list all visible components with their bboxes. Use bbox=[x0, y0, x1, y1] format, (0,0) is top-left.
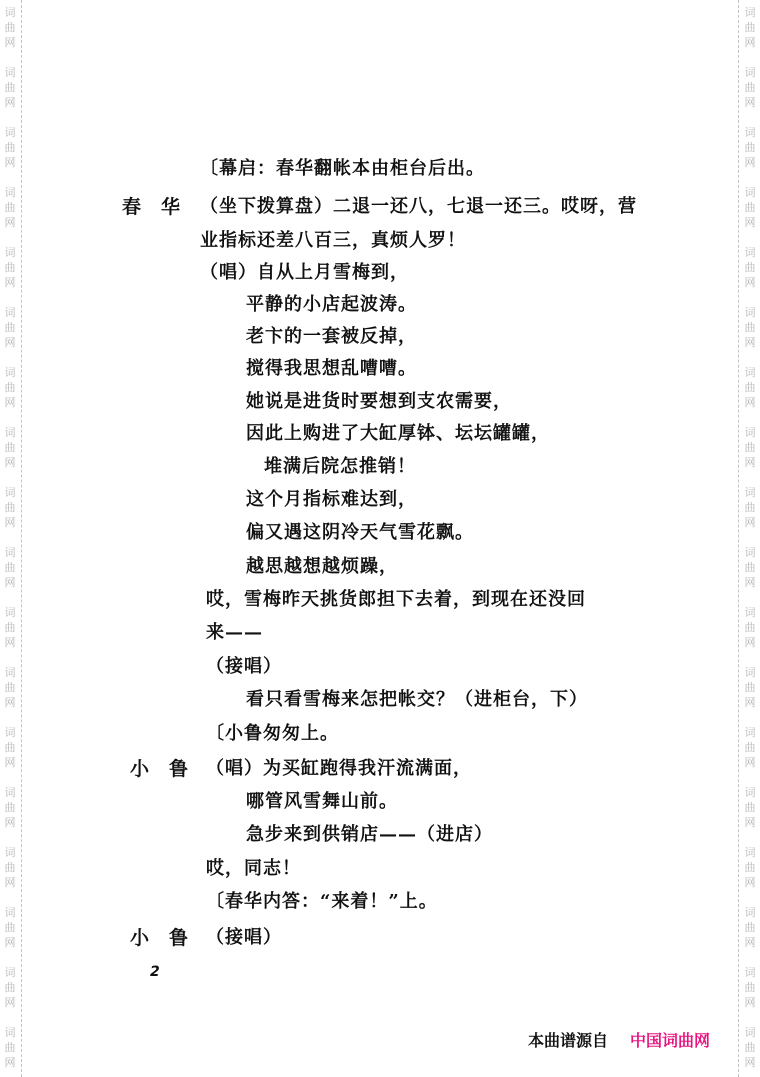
script-line-stage-xiaolu-enter: 〔小鲁匆匆上。 bbox=[206, 722, 339, 746]
script-page: 春华小鲁小鲁 〔幕启：春华翻帐本由柜台后出。（坐下拨算盘）二退一还八，七退一还三… bbox=[0, 0, 760, 1077]
script-line-sing-join: （接唱） bbox=[206, 655, 282, 679]
script-line-sing-1: （唱）自从上月雪梅到， bbox=[200, 261, 409, 285]
script-line-xiaolu-1: （唱）为买缸跑得我汗流满面， bbox=[206, 757, 472, 781]
source-site-link[interactable]: 中国词曲网 bbox=[630, 1031, 710, 1050]
script-line-sing-6: 因此上购进了大缸厚钵、坛坛罐罐， bbox=[246, 422, 550, 446]
script-line-sing-8: 这个月指标难达到， bbox=[246, 488, 417, 512]
speaker-xiaolu-1: 小鲁 bbox=[130, 757, 188, 781]
page-number: 2 bbox=[150, 964, 160, 980]
source-attribution: 本曲谱源自中国词曲网 bbox=[528, 1028, 710, 1051]
script-line-sing-4: 搅得我思想乱嘈嘈。 bbox=[246, 357, 417, 381]
speaker-xiaolu-2: 小鲁 bbox=[130, 926, 188, 950]
script-line-stage-chunhua-answer: 〔春华内答：“来着！”上。 bbox=[206, 890, 438, 914]
script-line-sing-9: 偏又遇这阴冷天气雪花飘。 bbox=[246, 521, 474, 545]
speaker-char: 鲁 bbox=[169, 758, 188, 780]
source-prefix: 本曲谱源自 bbox=[528, 1031, 608, 1050]
speaker-char: 华 bbox=[161, 196, 180, 218]
script-line-chunhua-1: （坐下拨算盘）二退一还八，七退一还三。哎呀，营 bbox=[200, 195, 637, 219]
script-line-sing-10: 越思越想越烦躁， bbox=[246, 555, 398, 579]
speaker-char: 鲁 bbox=[169, 927, 188, 949]
script-line-xiaolu-3: 急步来到供销店——（进店） bbox=[246, 823, 493, 847]
script-line-sing-3: 老卞的一套被反掉， bbox=[246, 325, 417, 349]
script-line-xiaolu-2: 哪管风雪舞山前。 bbox=[246, 790, 398, 814]
script-line-speech-2: 来—— bbox=[206, 621, 263, 645]
script-line-xiaolu-4: 哎，同志！ bbox=[206, 857, 301, 881]
script-line-sing-2: 平静的小店起波涛。 bbox=[246, 293, 417, 317]
speaker-char: 春 bbox=[122, 196, 141, 218]
script-line-sing-7: 堆满后院怎推销！ bbox=[264, 455, 416, 479]
script-line-xiaolu-5: （接唱） bbox=[206, 926, 282, 950]
script-line-chunhua-2: 业指标还差八百三，真烦人罗！ bbox=[200, 229, 466, 253]
speaker-chunhua: 春华 bbox=[122, 195, 180, 219]
script-line-speech-1: 哎，雪梅昨天挑货郎担下去着，到现在还没回 bbox=[206, 588, 586, 612]
speaker-char: 小 bbox=[130, 758, 149, 780]
script-line-stage-curtain: 〔幕启：春华翻帐本由柜台后出。 bbox=[200, 157, 485, 181]
speaker-char: 小 bbox=[130, 927, 149, 949]
script-line-sing-5: 她说是进货时要想到支农需要， bbox=[246, 390, 512, 414]
script-line-sing-11: 看只看雪梅来怎把帐交？（进柜台，下） bbox=[246, 688, 588, 712]
